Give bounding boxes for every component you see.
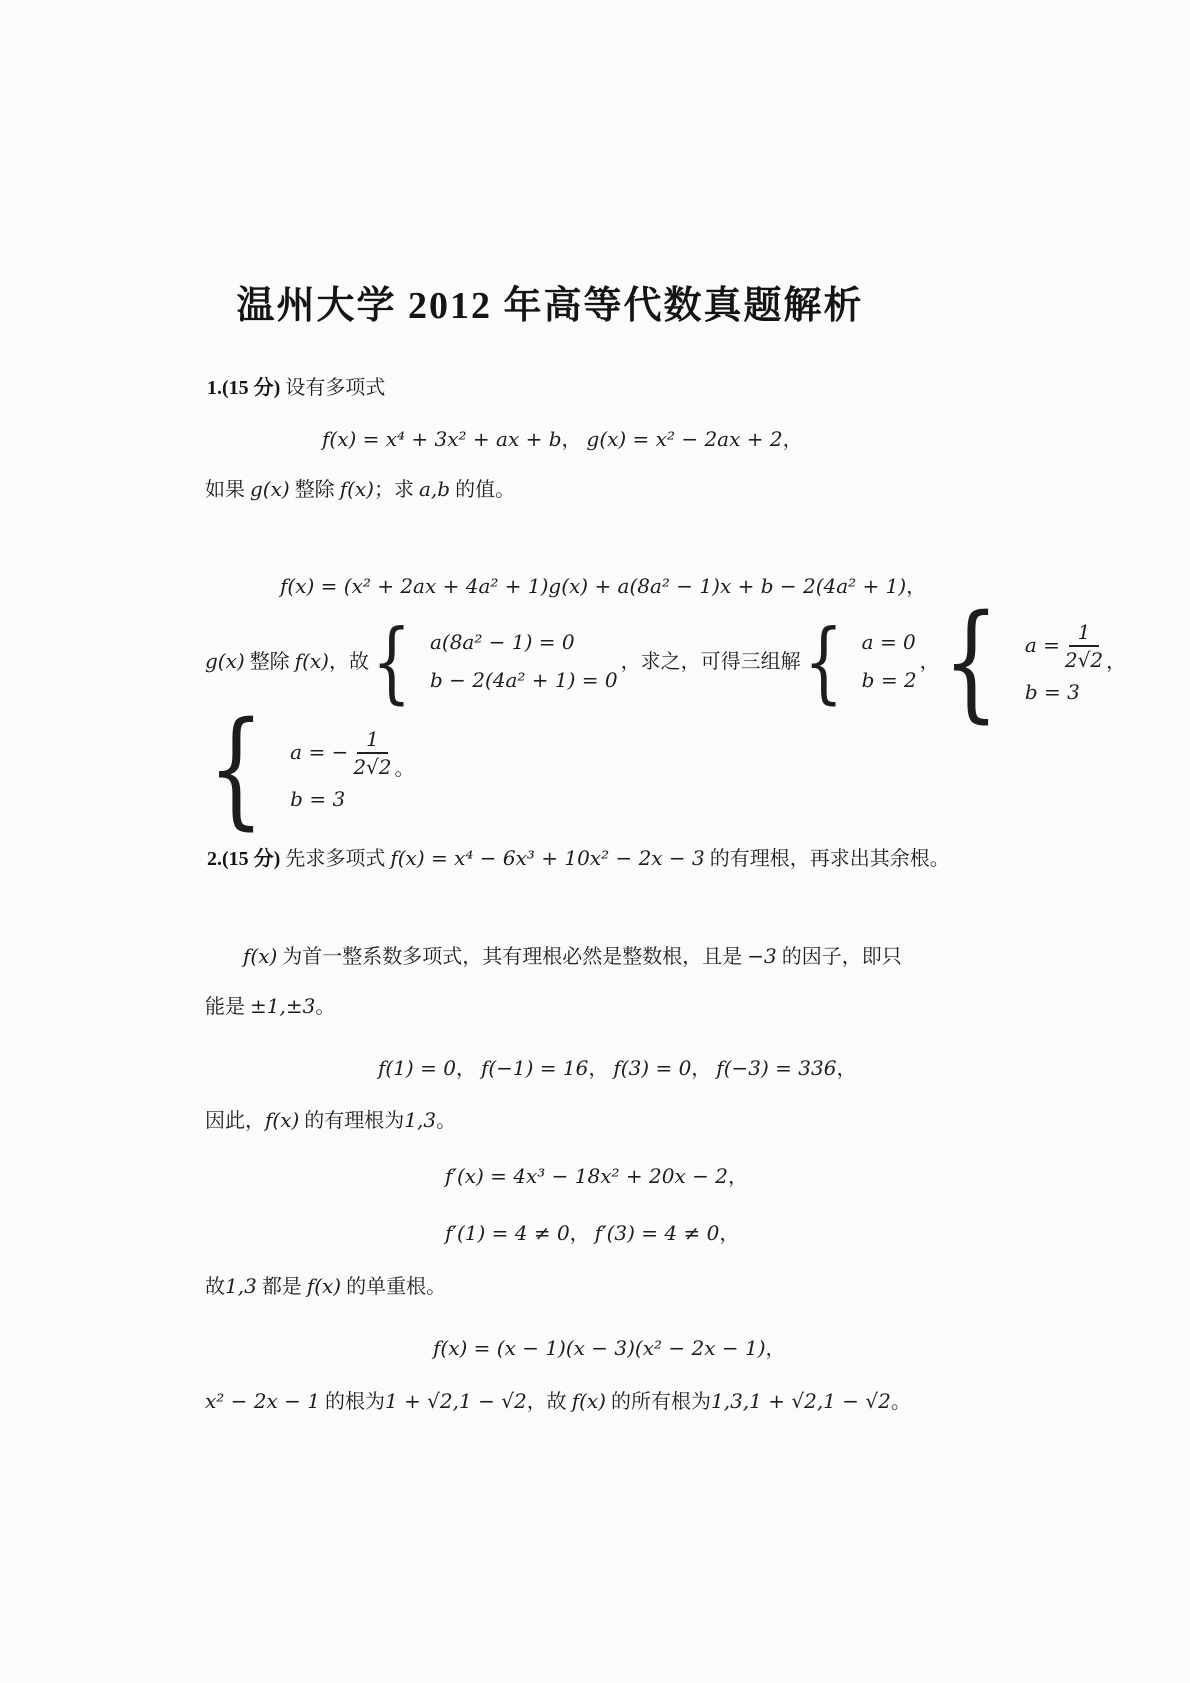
solution-3-lines: a = − 1 2√2 b = 3 xyxy=(290,728,391,811)
solution3-b: b = 3 xyxy=(290,788,345,811)
solution3-a-lhs: a = − xyxy=(290,741,348,764)
problem2-value-checks: f(1) = 0， f(−1) = 16， f(3) = 0， f(−3) = … xyxy=(378,1056,856,1082)
problem2-factorization: f(x) = (x − 1)(x − 3)(x² − 2x − 1)， xyxy=(433,1336,786,1362)
period: 。 xyxy=(395,757,415,782)
problem1-condition: 如果 g(x) 整除 f(x)；求 a,b 的值。 xyxy=(205,477,515,503)
solution1-a: a = 0 xyxy=(862,631,916,654)
left-brace: { xyxy=(372,625,411,700)
solution2-a: a = 1 2√2 xyxy=(1025,621,1103,671)
system-solution-1: { a = 0 b = 2 xyxy=(804,625,917,700)
problem2-heading: 2.(15 分) 先求多项式 f(x) = x⁴ − 6x³ + 10x² − … xyxy=(207,846,950,872)
solution-mid-text: ，求之，可得三组解 xyxy=(621,650,801,675)
solution1-b: b = 2 xyxy=(862,669,917,692)
problem1-solution3-line: { a = − 1 2√2 b = 3 。 xyxy=(205,718,415,820)
problem2-derivative-equation: f′(x) = 4x³ − 18x² + 20x − 2， xyxy=(445,1164,748,1190)
solution-prefix: g(x) 整除 f(x)，故 xyxy=(205,649,369,675)
problem2-analysis-line2: 能是 ±1,±3。 xyxy=(205,994,335,1020)
solution2-a-lhs: a = xyxy=(1025,634,1060,657)
solution3-a: a = − 1 2√2 xyxy=(290,728,391,778)
condition-equation-1: a(8a² − 1) = 0 xyxy=(430,631,575,654)
fraction-denominator: 2√2 xyxy=(1065,647,1103,671)
comma: ， xyxy=(920,650,940,675)
solution-2-lines: a = 1 2√2 b = 3 xyxy=(1025,621,1103,704)
scanned-document-page: 温州大学 2012 年高等代数真题解析 1.(15 分) 设有多项式 f(x) … xyxy=(0,0,1190,1683)
problem2-analysis-line1: f(x) 为首一整系数多项式，其有理根必然是整数根，且是 −3 的因子，即只 xyxy=(243,944,902,970)
problem1-division-identity: f(x) = (x² + 2ax + 4a² + 1)g(x) + a(8a² … xyxy=(280,574,926,600)
problem2-rational-roots: 因此，f(x) 的有理根为1,3。 xyxy=(205,1108,456,1134)
problem1-given-equation: f(x) = x⁴ + 3x² + ax + b， g(x) = x² − 2a… xyxy=(322,427,803,453)
comma: ， xyxy=(1106,650,1126,675)
fraction-numerator: 1 xyxy=(357,728,388,754)
condition-equation-2: b − 2(4a² + 1) = 0 xyxy=(430,669,618,692)
fraction: 1 2√2 xyxy=(353,728,391,778)
system-conditions-lines: a(8a² − 1) = 0 b − 2(4a² + 1) = 0 xyxy=(430,631,618,692)
system-solution-2: { a = 1 2√2 b = 3 xyxy=(943,608,1103,715)
problem2-all-roots: x² − 2x − 1 的根为1 + √2,1 − √2，故 f(x) 的所有根… xyxy=(205,1389,911,1415)
left-brace: { xyxy=(208,715,264,822)
fraction-denominator: 2√2 xyxy=(353,754,391,778)
problem2-simple-roots: 故1,3 都是 f(x) 的单重根。 xyxy=(205,1274,446,1300)
problem2-derivative-checks: f′(1) = 4 ≠ 0， f′(3) = 4 ≠ 0， xyxy=(445,1221,739,1247)
fraction: 1 2√2 xyxy=(1065,621,1103,671)
system-solution-3: { a = − 1 2√2 b = 3 xyxy=(208,715,392,822)
problem1-solution-line: g(x) 整除 f(x)，故 { a(8a² − 1) = 0 b − 2(4a… xyxy=(205,612,1126,712)
left-brace: { xyxy=(943,608,999,715)
system-conditions: { a(8a² − 1) = 0 b − 2(4a² + 1) = 0 xyxy=(372,625,618,700)
solution-1-lines: a = 0 b = 2 xyxy=(862,631,917,692)
solution2-b: b = 3 xyxy=(1025,681,1080,704)
left-brace: { xyxy=(804,625,843,700)
fraction-numerator: 1 xyxy=(1069,621,1100,647)
document-title: 温州大学 2012 年高等代数真题解析 xyxy=(200,286,900,328)
problem1-heading: 1.(15 分) 设有多项式 xyxy=(207,376,385,401)
